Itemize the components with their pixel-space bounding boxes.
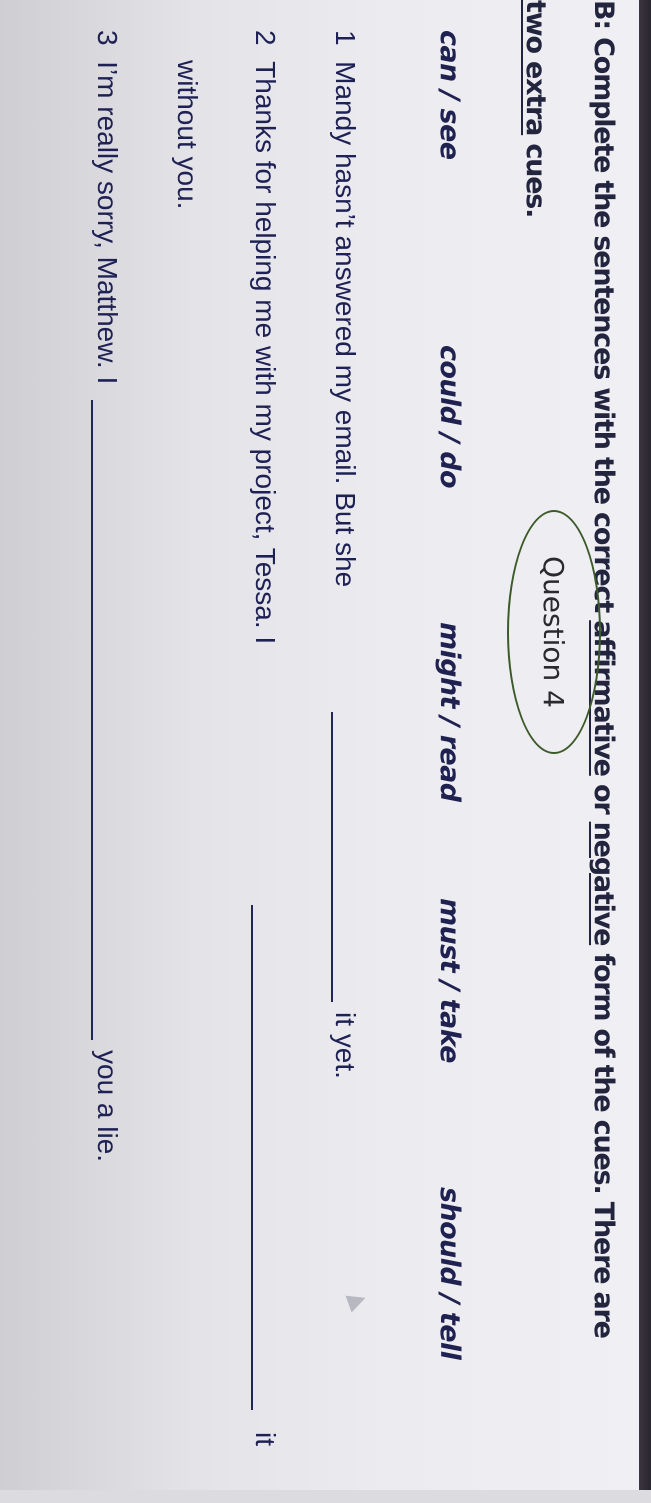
answer-blank-2[interactable] <box>251 905 253 1410</box>
cue-item: should / tell <box>434 1187 465 1359</box>
cue-item: might / read <box>434 622 465 801</box>
answer-blank-1[interactable] <box>331 712 333 1002</box>
cues-text: cues. <box>520 135 551 217</box>
sentence-2: 2 Thanks for helping me with my project,… <box>249 30 281 644</box>
sentence-3: 3 I’m really sorry, Matthew. I <box>91 30 123 384</box>
sentence-text: I’m really sorry, Matthew. I <box>92 61 123 384</box>
sentence-3-end: you a lie. <box>91 1050 123 1162</box>
sentence-text: Thanks for helping me with my project, T… <box>250 61 281 644</box>
sentence-2-continuation: without you. <box>171 60 203 209</box>
sentence-number: 3 <box>92 30 123 46</box>
cue-item: could / do <box>434 345 465 488</box>
worksheet-page: B: Complete the sentences with the corre… <box>0 0 651 1503</box>
instruction-text: Complete the sentences with the correct <box>588 29 619 620</box>
question-number-badge: Question 4 <box>507 510 601 754</box>
negative-word: negative <box>588 822 619 946</box>
answer-blank-3[interactable] <box>91 400 93 1040</box>
two-extra-text: two extra <box>520 0 551 135</box>
sentence-number: 1 <box>330 30 361 46</box>
instruction-text-end: form of the cues. There are <box>588 945 619 1338</box>
sentence-text: Mandy hasn’t answered my email. But she <box>330 61 361 587</box>
cue-item: can / see <box>434 30 465 159</box>
instruction-line-2: two extra cues. <box>520 0 551 217</box>
cue-item: must / take <box>434 898 465 1063</box>
mouse-cursor-icon <box>345 1289 368 1312</box>
instruction-or: or <box>588 776 619 822</box>
sentence-1: 1 Mandy hasn’t answered my email. But sh… <box>329 30 361 587</box>
section-label: B: <box>588 0 619 29</box>
sentence-number: 2 <box>250 30 281 46</box>
sentence-2-end: it <box>249 1432 281 1446</box>
sentence-1-end: it yet. <box>329 1012 361 1079</box>
